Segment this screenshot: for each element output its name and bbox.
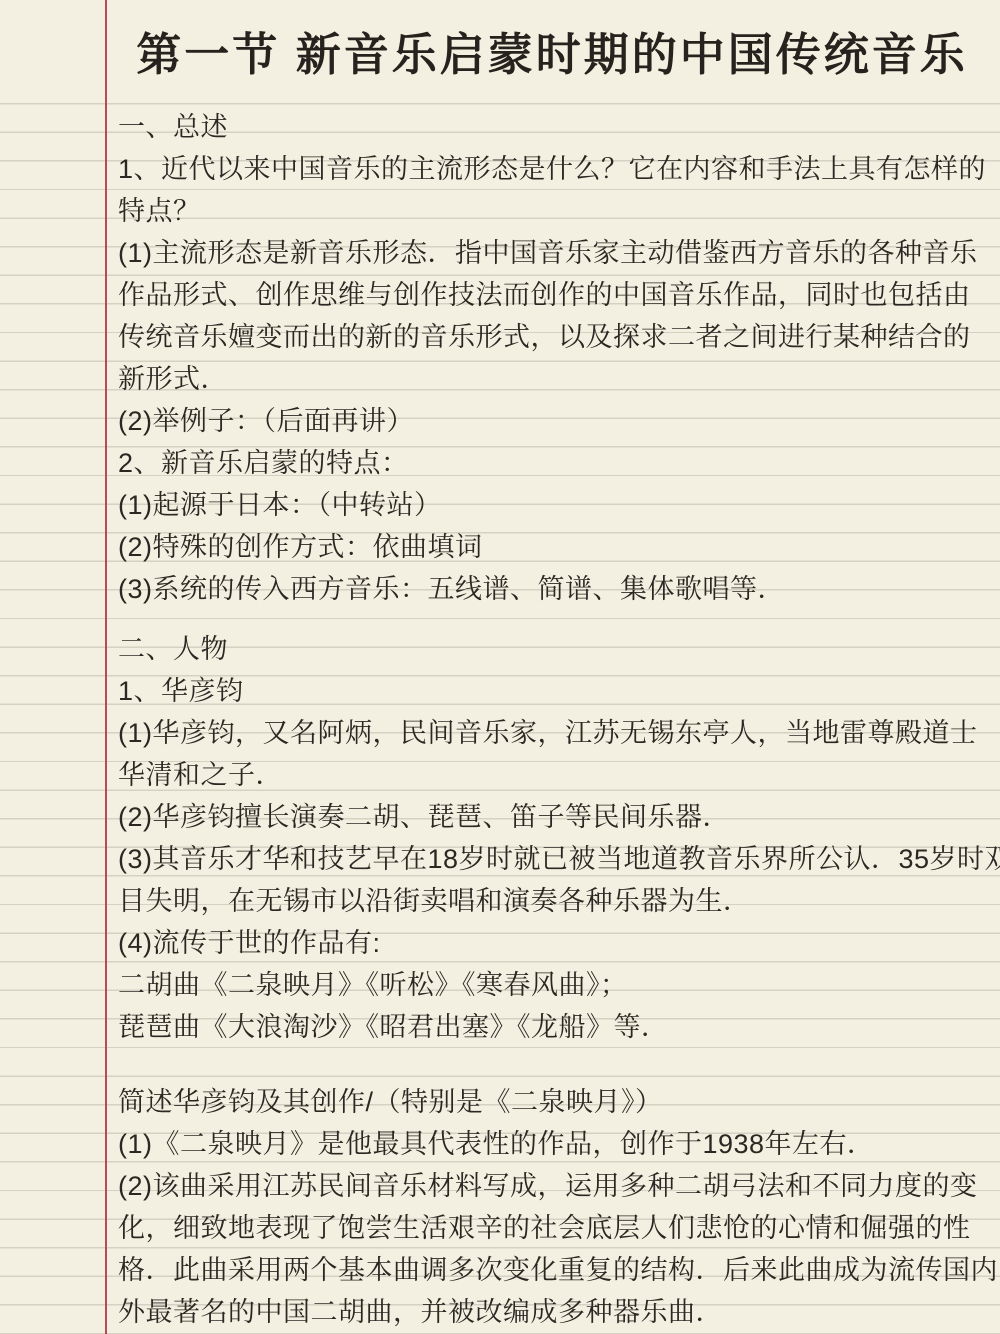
red-margin-line: [105, 0, 107, 1334]
handwritten-text-line: (1)《二泉映月》是他最具代表性的作品，创作于1938年左右．: [118, 1123, 994, 1165]
handwritten-text-line: 1、近代以来中国音乐的主流形态是什么？它在内容和手法上具有怎样的: [118, 148, 994, 190]
note-body: 一、总述1、近代以来中国音乐的主流形态是什么？它在内容和手法上具有怎样的特点？(…: [118, 106, 994, 1333]
handwritten-text-line: (1)起源于日本：（中转站）: [118, 484, 994, 526]
handwritten-text-line: (2)该曲采用江苏民间音乐材料写成，运用多种二胡弓法和不同力度的变: [118, 1165, 994, 1207]
handwritten-text-line: 二胡曲《二泉映月》《听松》《寒春风曲》；: [118, 964, 994, 1006]
handwritten-text-line: 特点？: [118, 190, 994, 232]
handwritten-text-line: 简述华彦钧及其创作/（特别是《二泉映月》）: [118, 1081, 994, 1123]
handwritten-text-line: 一、总述: [118, 106, 994, 148]
notebook-page: 第一节 新音乐启蒙时期的中国传统音乐 一、总述1、近代以来中国音乐的主流形态是什…: [0, 0, 1000, 1334]
handwritten-text-line: (4)流传于世的作品有:: [118, 922, 994, 964]
handwritten-text-line: (1)主流形态是新音乐形态．指中国音乐家主动借鉴西方音乐的各种音乐: [118, 232, 994, 274]
handwritten-text-line: 华清和之子．: [118, 754, 994, 796]
note-title: 第一节 新音乐启蒙时期的中国传统音乐: [118, 18, 986, 83]
handwritten-text-line: 目失明，在无锡市以沿街卖唱和演奏各种乐器为生．: [118, 880, 994, 922]
handwritten-text-line: (2)华彦钧擅长演奏二胡、琵琶、笛子等民间乐器．: [118, 796, 994, 838]
handwritten-text-line: 化，细致地表现了饱尝生活艰辛的社会底层人们悲怆的心情和倔强的性: [118, 1207, 994, 1249]
handwritten-text-line: (2)特殊的创作方式：依曲填词: [118, 526, 994, 568]
handwritten-text-line: 外最著名的中国二胡曲，并被改编成多种器乐曲．: [118, 1291, 994, 1333]
handwritten-text-line: 格．此曲采用两个基本曲调多次变化重复的结构．后来此曲成为流传国内: [118, 1249, 994, 1291]
handwritten-text-line: (3)其音乐才华和技艺早在18岁时就已被当地道教音乐界所公认．35岁时双: [118, 838, 994, 880]
handwritten-text-line: 传统音乐嬗变而出的新的音乐形式，以及探求二者之间进行某种结合的: [118, 316, 994, 358]
handwritten-text-line: 二、人物: [118, 628, 994, 670]
handwritten-text-line: 1、华彦钧: [118, 670, 994, 712]
handwritten-text-line: (2)举例子：（后面再讲）: [118, 400, 994, 442]
handwritten-text-line: 琵琶曲《大浪淘沙》《昭君出塞》《龙船》等．: [118, 1006, 994, 1048]
handwritten-text-line: 作品形式、创作思维与创作技法而创作的中国音乐作品，同时也包括由: [118, 274, 994, 316]
handwritten-text-line: (1)华彦钧，又名阿炳，民间音乐家，江苏无锡东亭人，当地雷尊殿道士: [118, 712, 994, 754]
handwritten-text-line: (3)系统的传入西方音乐：五线谱、简谱、集体歌唱等．: [118, 568, 994, 610]
handwritten-text-line: 2、新音乐启蒙的特点：: [118, 442, 994, 484]
handwritten-text-line: 新形式．: [118, 358, 994, 400]
